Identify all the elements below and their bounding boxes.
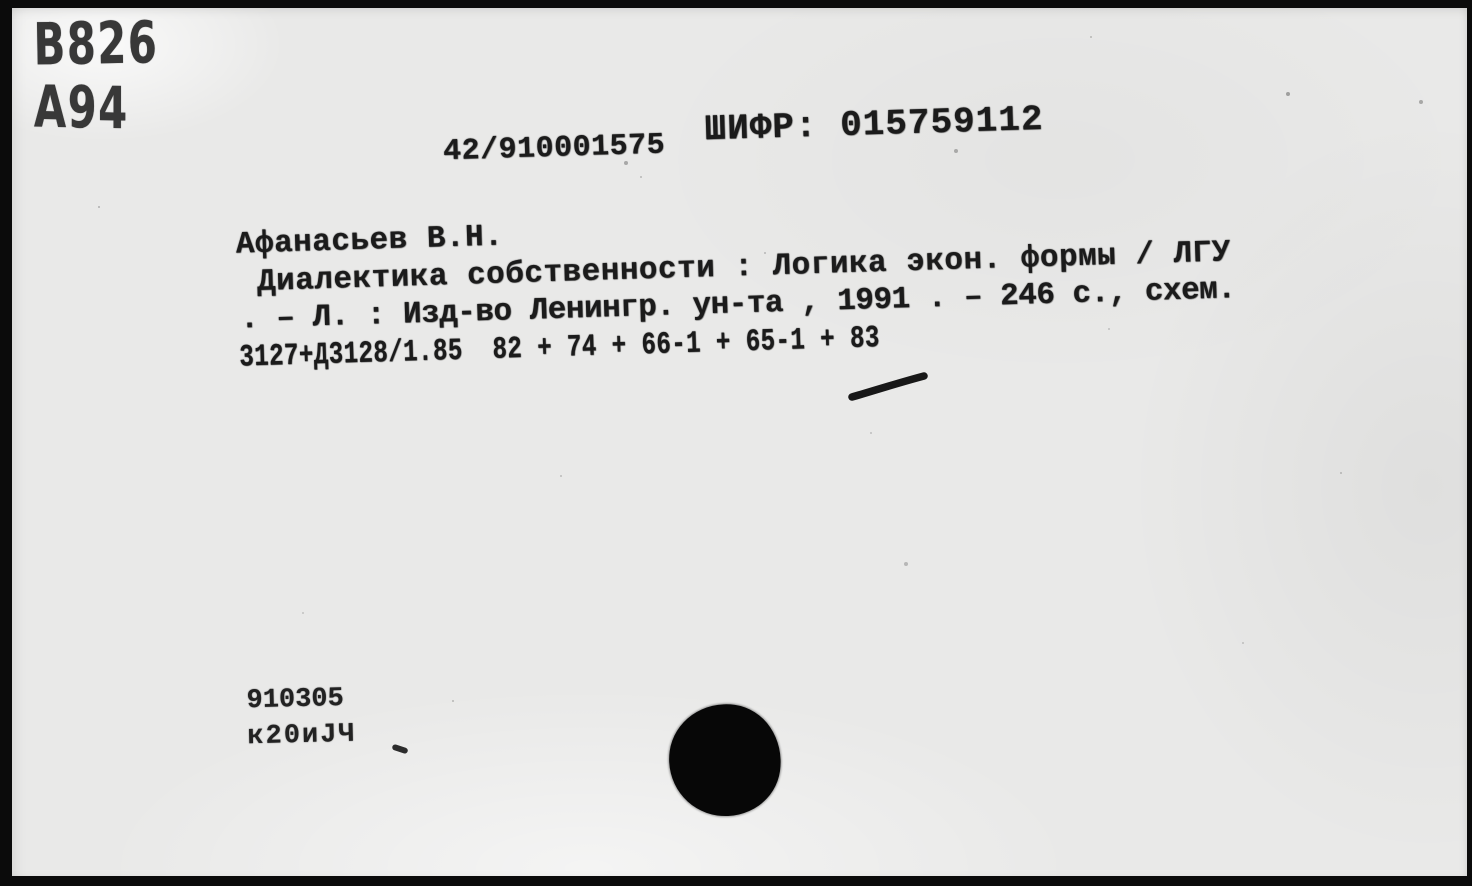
typed-text-block: 42/910001575 ШИФР: 015759112 Афанасьев В… — [190, 82, 1378, 398]
footer-codes: 910305 к20иJЧ — [246, 681, 357, 755]
footer-date-code: 910305 — [246, 681, 356, 719]
scan-edge-top — [0, 0, 1472, 8]
author-line: Афанасьев В.Н. — [235, 220, 503, 262]
shelfmark-author-number: А94 — [34, 74, 159, 142]
scan-edge-left — [0, 0, 12, 886]
scan-noise-speckles — [0, 0, 2, 2]
scan-edge-right — [1467, 0, 1472, 886]
cipher-code: ШИФР: 015759112 — [704, 100, 1044, 150]
shelfmark-class-number: В826 — [33, 9, 159, 77]
accession-number: 42/910001575 — [443, 130, 666, 170]
handwritten-shelfmark: В826 А94 — [33, 8, 208, 139]
scan-edge-bottom — [0, 876, 1472, 886]
footer-batch-code: к20иJЧ — [247, 717, 357, 755]
pen-stroke-mark — [848, 370, 930, 404]
scanned-catalog-card: В826 А94 42/910001575 ШИФР: 015759112 Аф… — [0, 0, 1472, 886]
